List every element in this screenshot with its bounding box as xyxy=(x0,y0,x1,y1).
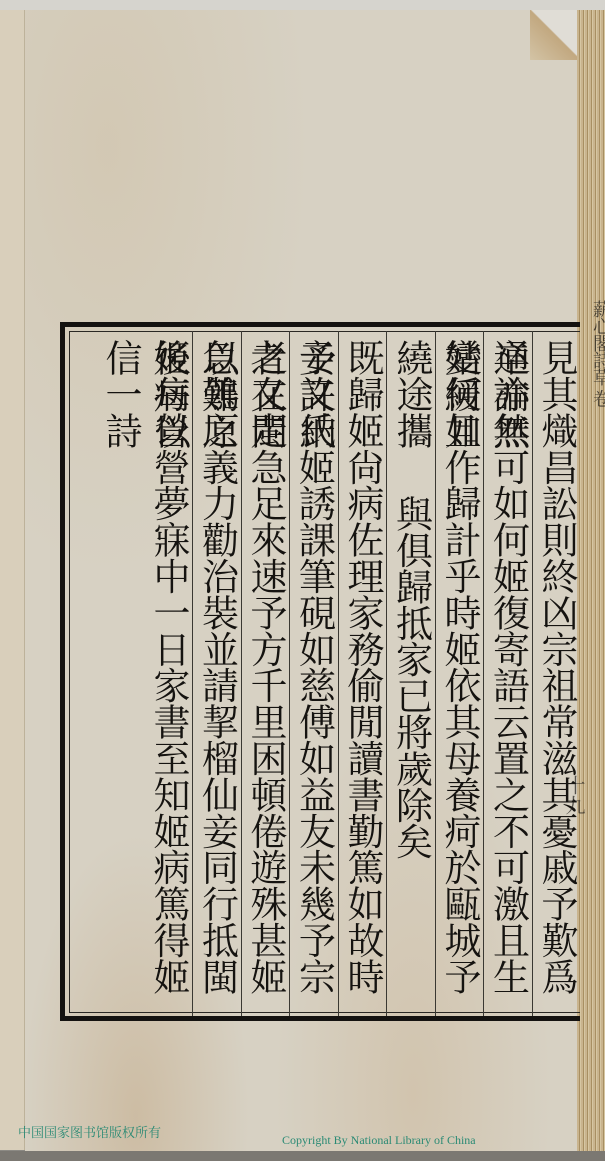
text-column-5: 既歸姬尙病佐理家務偷閒讀書勤篤如故時予又納 xyxy=(338,331,387,1016)
watermark-english: Copyright By National Library of China xyxy=(282,1133,476,1148)
scan-bottom-edge xyxy=(0,1151,605,1161)
text-columns: 見其熾昌訟則終凶宗祖常滋其憂戚予歎爲通論然 卒亦無可如何姬復寄語云置之不可激且生… xyxy=(73,331,580,1016)
text-frame: 見其熾昌訟則終凶宗祖常滋其憂戚予歎爲通論然 卒亦無可如何姬復寄語云置之不可激且生… xyxy=(60,322,580,1021)
column-text: 見其熾昌訟則終凶宗祖常滋其憂戚予歎爲通論然 xyxy=(533,339,581,1016)
text-column-1: 見其熾昌訟則終凶宗祖常滋其憂戚予歎爲通論然 xyxy=(532,331,581,1016)
watermark-chinese: 中国国家图书馆版权所有 xyxy=(18,1122,161,1141)
folded-corner xyxy=(530,10,580,60)
adjacent-page-edge xyxy=(0,10,26,1150)
column-text: 與俱歸抵家已將歲除矣 xyxy=(387,495,435,859)
column-text: 既歸姬尙病佐理家務偷閒讀書勤篤如故時予又納 xyxy=(339,339,387,1016)
stacked-page-edges xyxy=(577,10,605,1151)
folio-number: 十九 xyxy=(560,775,589,815)
running-title-bleed: 薪心閣詩草 卷 xyxy=(577,300,605,430)
